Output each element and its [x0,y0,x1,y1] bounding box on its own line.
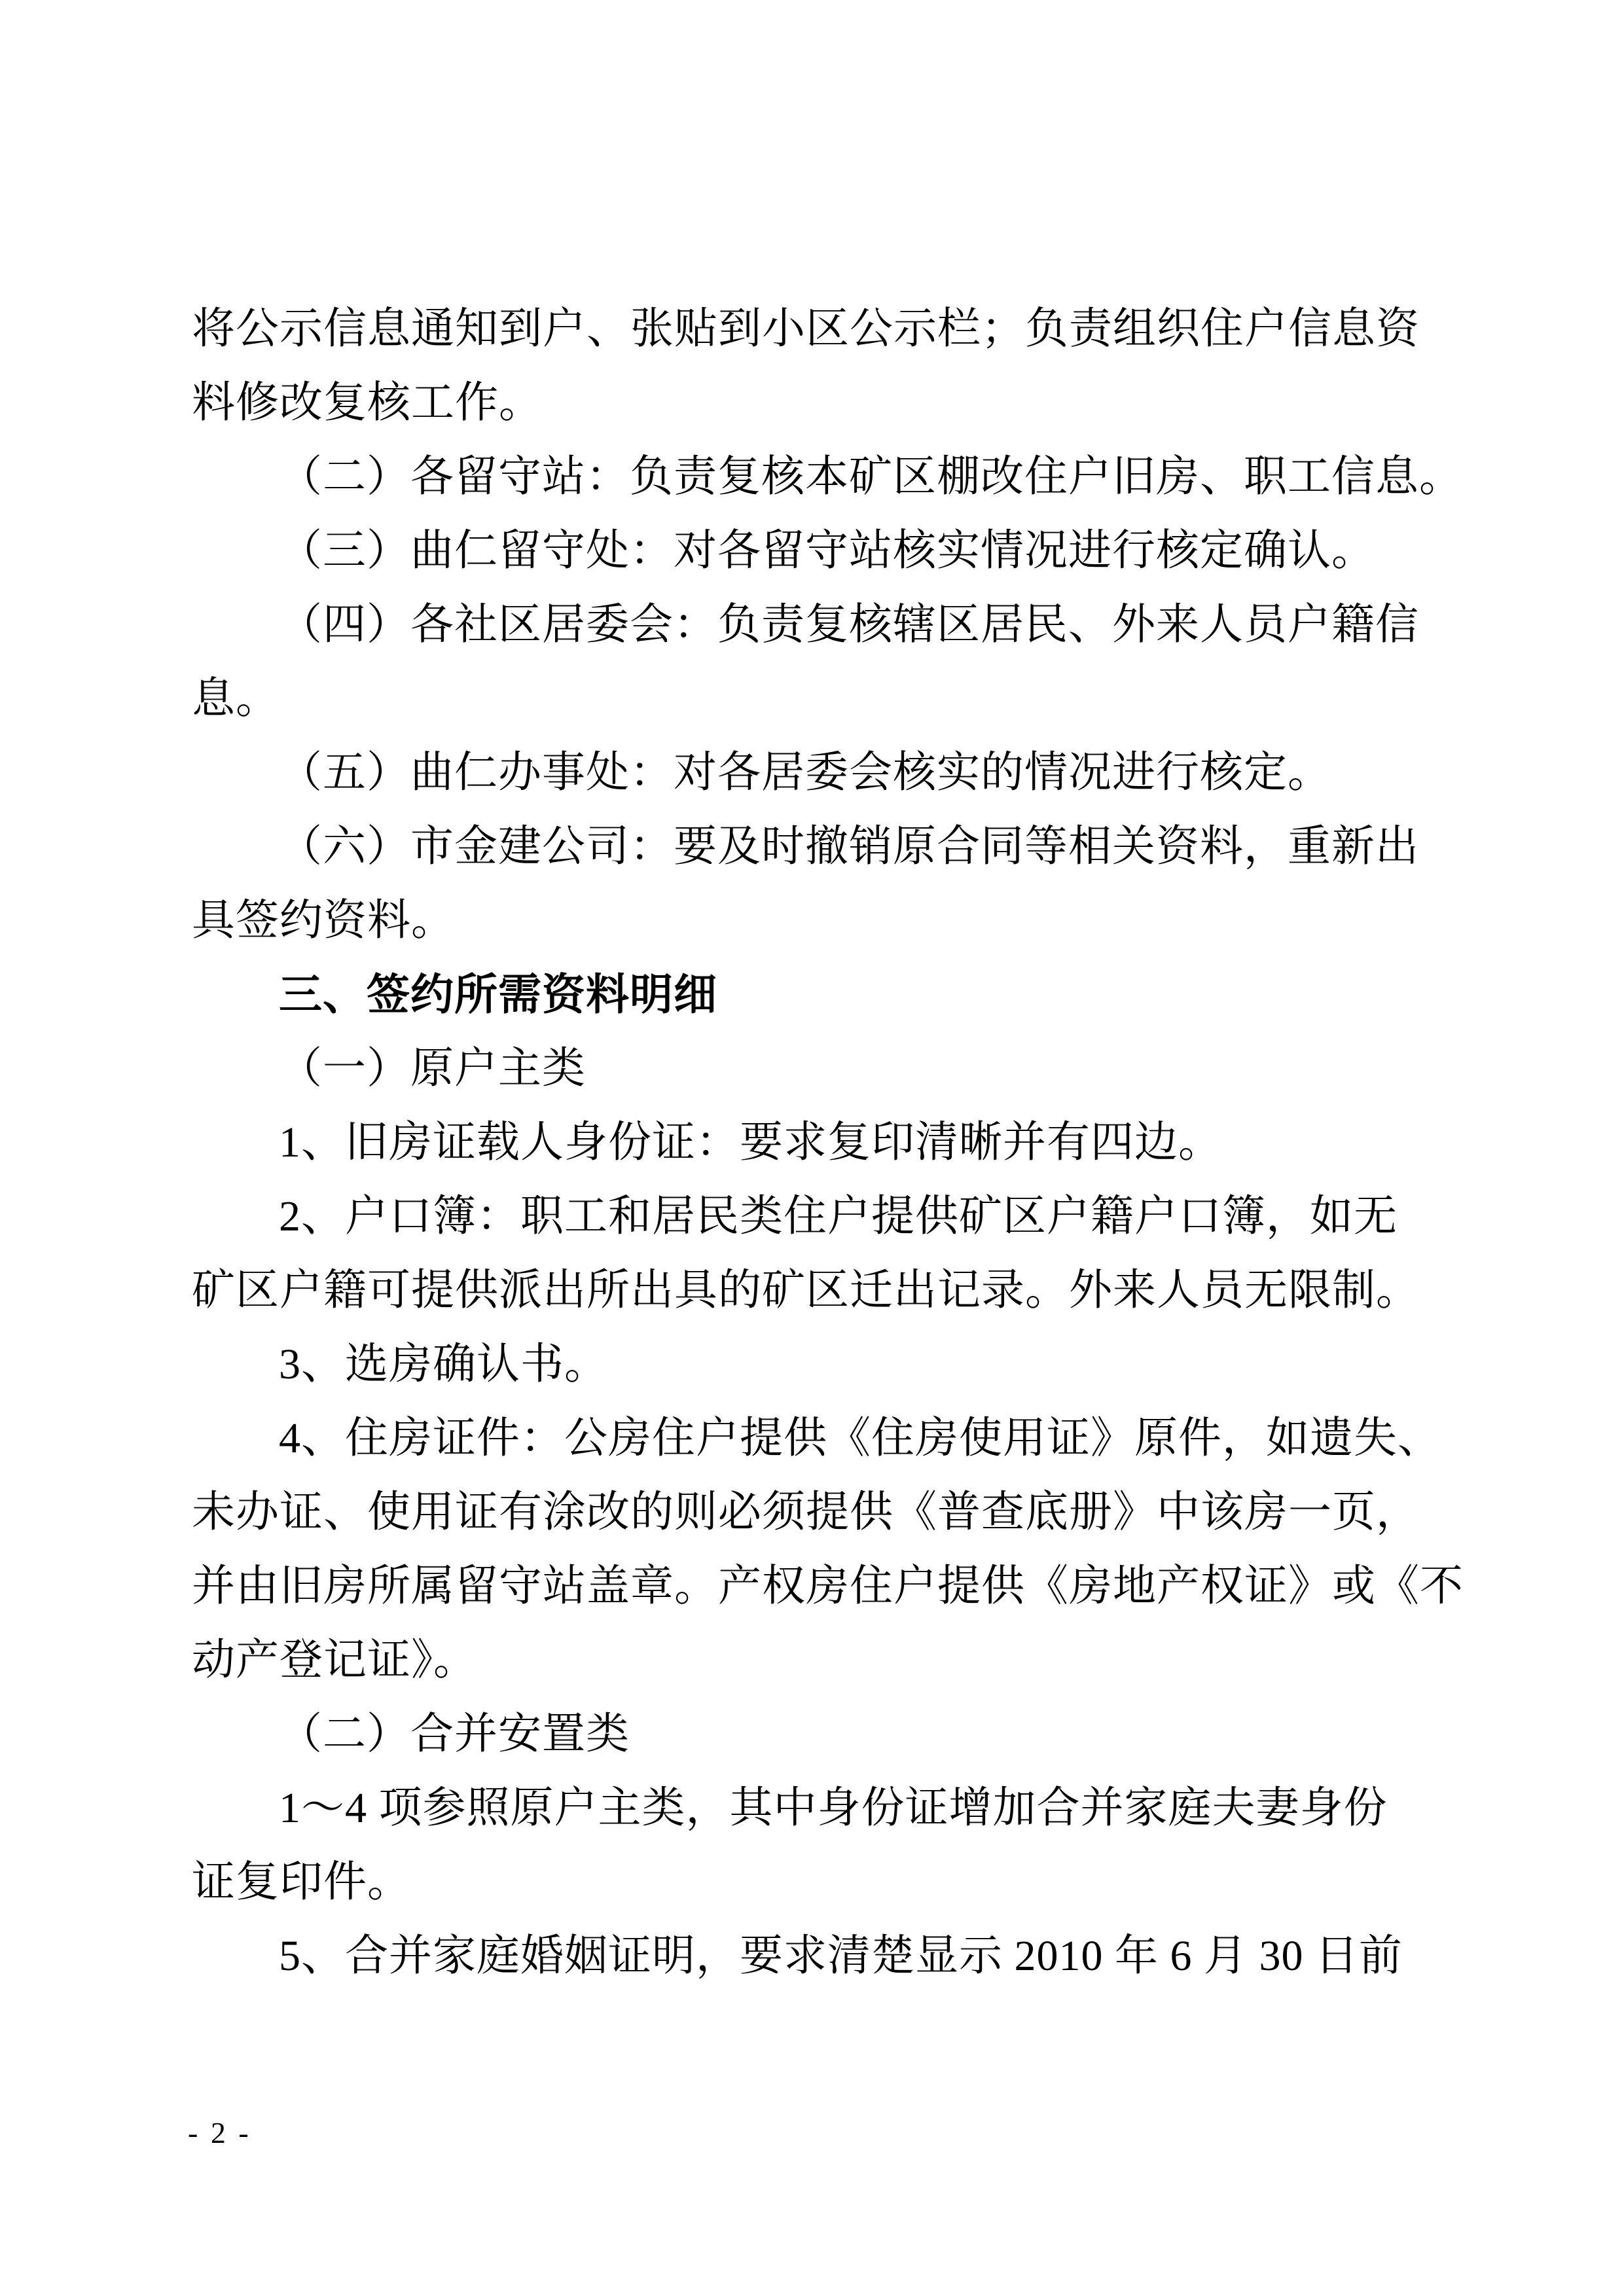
text-line: 息。 [192,662,1425,736]
document-page: 将公示信息通知到户、张贴到小区公示栏；负责组织住户信息资料修改复核工作。（二）各… [0,0,1624,2296]
text-line: （一）原户主类 [192,1031,1425,1105]
text-line: 料修改复核工作。 [192,366,1425,440]
page-number: - 2 - [188,2116,251,2150]
text-line: （六）市金建公司：要及时撤销原合同等相关资料，重新出 [192,810,1425,884]
text-line: 4、住房证件：公房住户提供《住房使用证》原件，如遗失、 [192,1401,1425,1475]
text-line: （四）各社区居委会：负责复核辖区居民、外来人员户籍信 [192,588,1425,662]
text-line: （三）曲仁留守处：对各留守站核实情况进行核定确认。 [192,514,1425,588]
text-line: 1、旧房证载人身份证：要求复印清晰并有四边。 [192,1105,1425,1179]
text-line: 1～4 项参照原户主类，其中身份证增加合并家庭夫妻身份 [192,1771,1425,1845]
text-line: （二）各留守站：负责复核本矿区棚改住户旧房、职工信息。 [192,440,1425,514]
text-line: （五）曲仁办事处：对各居委会核实的情况进行核定。 [192,736,1425,810]
text-line: 动产登记证》。 [192,1623,1425,1697]
text-line: 具签约资料。 [192,884,1425,958]
text-line: 将公示信息通知到户、张贴到小区公示栏；负责组织住户信息资 [192,292,1425,366]
text-line: 矿区户籍可提供派出所出具的矿区迁出记录。外来人员无限制。 [192,1253,1425,1327]
text-line: 未办证、使用证有涂改的则必须提供《普查底册》中该房一页， [192,1475,1425,1549]
text-line: （二）合并安置类 [192,1697,1425,1771]
text-line: 3、选房确认书。 [192,1327,1425,1401]
text-line: 5、合并家庭婚姻证明，要求清楚显示 2010 年 6 月 30 日前 [192,1919,1425,1993]
section-heading: 三、签约所需资料明细 [192,958,1425,1031]
text-line: 2、户口簿：职工和居民类住户提供矿区户籍户口簿，如无 [192,1179,1425,1253]
text-line: 并由旧房所属留守站盖章。产权房住户提供《房地产权证》或《不 [192,1549,1425,1623]
document-body: 将公示信息通知到户、张贴到小区公示栏；负责组织住户信息资料修改复核工作。（二）各… [192,292,1425,1993]
text-line: 证复印件。 [192,1845,1425,1919]
